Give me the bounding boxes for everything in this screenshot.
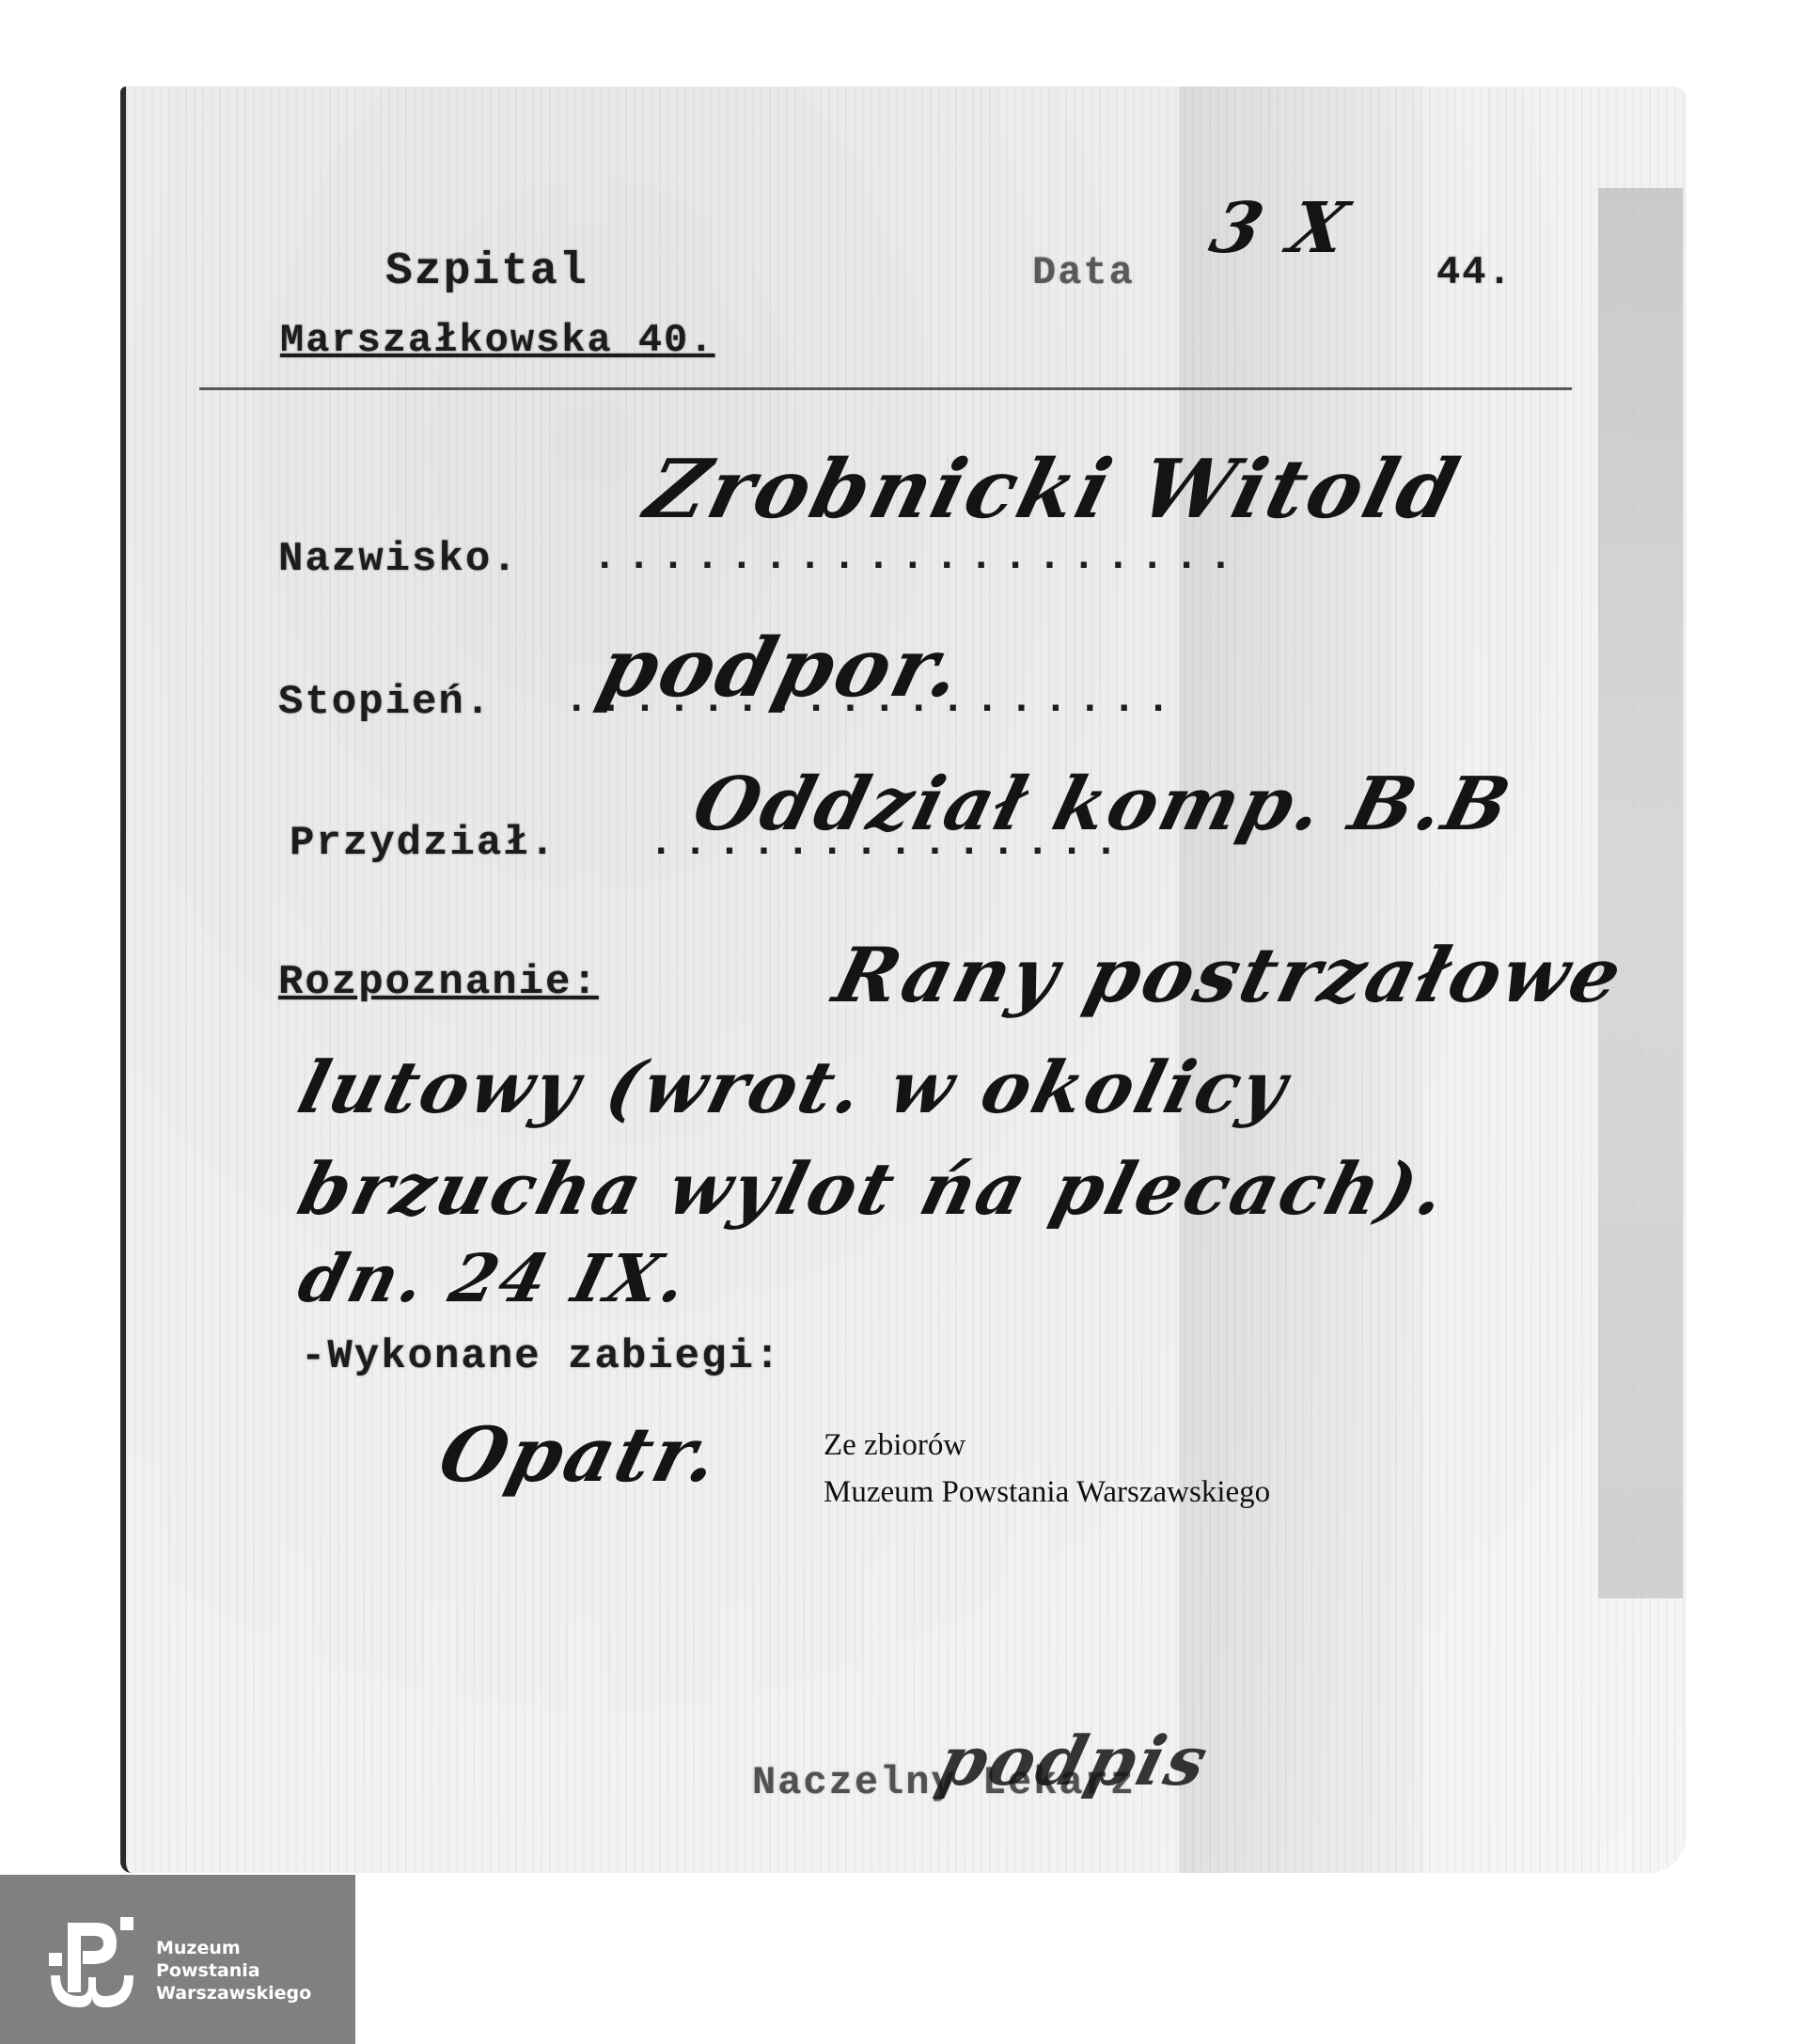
museum-logo-text: Muzeum Powstania Warszawskiego — [156, 1937, 311, 2005]
hospital-name: Szpital — [385, 246, 589, 297]
date-handwritten: 3 X — [1202, 188, 1358, 269]
date-label: Data — [1032, 250, 1135, 295]
diagnosis-line-2: brzucha wylot ńa plecach). — [290, 1147, 1457, 1231]
field-label-surname: Nazwisko. — [278, 536, 519, 583]
logo-line-2: Powstania — [156, 1959, 311, 1982]
diagnosis-line-3: dn. 24 IX. — [291, 1239, 698, 1317]
museum-logo: Muzeum Powstania Warszawskiego — [0, 1875, 355, 2044]
procedures-value: Opatr. — [431, 1410, 730, 1499]
kotwica-anchor-icon — [47, 1917, 137, 2011]
header-divider — [199, 387, 1572, 390]
logo-line-1: Muzeum — [156, 1937, 311, 1959]
field-label-assignment: Przydział. — [290, 820, 557, 867]
field-dots-surname: ................... — [592, 534, 1243, 581]
field-value-assignment: Oddział komp. B.B — [685, 762, 1521, 847]
diagnosis-line-1: lutowy (wrot. w okolicy — [290, 1046, 1297, 1129]
field-value-diagnosis: Rany postrzałowe — [825, 931, 1633, 1019]
collection-stamp-line1: Ze zbiorów — [824, 1422, 1270, 1469]
paper-edge-strip — [1598, 188, 1683, 1598]
field-label-diagnosis: Rozpoznanie: — [278, 959, 599, 1006]
collection-stamp: Ze zbiorów Muzeum Powstania Warszawskieg… — [824, 1422, 1270, 1516]
hospital-address: Marszałkowska 40. — [280, 318, 714, 363]
field-value-surname: Zrobnicki Witold — [636, 442, 1469, 537]
field-label-rank: Stopień. — [278, 679, 492, 726]
collection-stamp-line2: Muzeum Powstania Warszawskiego — [824, 1469, 1270, 1516]
procedures-label: -Wykonane zabiegi: — [301, 1333, 781, 1380]
signature-scribble: podpis — [930, 1721, 1217, 1800]
date-year: 44. — [1436, 250, 1514, 295]
logo-line-3: Warszawskiego — [156, 1982, 311, 2005]
field-value-rank: podpor. — [589, 621, 974, 715]
